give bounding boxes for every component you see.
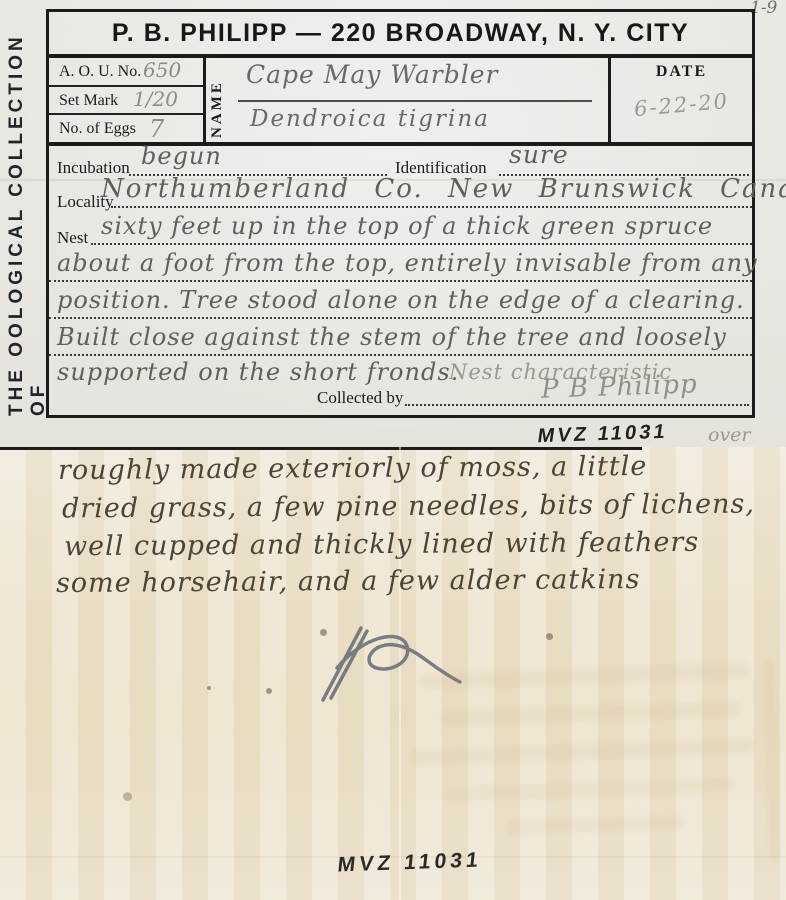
identification-value: sure <box>509 140 569 169</box>
paper-speck <box>266 688 272 694</box>
collection-side-label: THE OOLOGICAL COLLECTION OF <box>6 12 50 416</box>
eggs-count-field: No. of Eggs 7 <box>49 115 203 142</box>
set-mark-value: 1/20 <box>133 87 178 111</box>
nest-ruled-line-2 <box>49 280 752 282</box>
card-body-fields: Incubation begun Identification sure Loc… <box>49 146 752 419</box>
nest-text-line-5: supported on the short fronds. <box>57 358 459 386</box>
card-header-title: P. B. PHILIPP — 220 BROADWAY, N. Y. CITY <box>49 12 752 58</box>
nest-text-line-2: about a foot from the top, entirely invi… <box>57 249 758 277</box>
set-data-column: A. O. U. No. 650 Set Mark 1/20 No. of Eg… <box>49 58 206 142</box>
name-vertical-label: NAME <box>209 62 226 138</box>
incubation-value: begun <box>141 142 222 170</box>
paper-speck <box>546 633 553 640</box>
date-label: DATE <box>611 63 752 81</box>
date-value: 6-22-20 <box>610 87 753 123</box>
nest-ruled-line-3 <box>49 317 752 319</box>
scientific-name-value: Dendroica tigrina <box>250 106 490 132</box>
initials-text: HC <box>295 618 306 627</box>
nest-ruled-line-4 <box>49 354 752 356</box>
scanned-egg-collection-card: 1-9 THE OOLOGICAL COLLECTION OF P. B. PH… <box>0 0 786 900</box>
aou-number-label: A. O. U. No. <box>59 63 141 80</box>
set-mark-label: Set Mark <box>59 92 118 109</box>
eggs-count-label: No. of Eggs <box>59 120 136 137</box>
species-name-box: NAME Cape May Warbler Dendroica tigrina <box>206 58 608 142</box>
nest-text-line-4: Built close against the stem of the tree… <box>57 323 727 351</box>
nest-label: Nest <box>57 228 88 248</box>
nest-text-line-1: sixty feet up in the top of a thick gree… <box>101 212 713 240</box>
card-identity-row: A. O. U. No. 650 Set Mark 1/20 No. of Eg… <box>49 58 752 146</box>
record-card-front: P. B. PHILIPP — 220 BROADWAY, N. Y. CITY… <box>46 9 755 418</box>
paper-speck <box>207 686 211 690</box>
back-catalog-number: MVZ 11031 <box>336 849 483 878</box>
back-card-edge-line <box>0 447 642 450</box>
over-note: over <box>708 424 751 446</box>
paper-speck <box>123 792 132 801</box>
eggs-count-value: 7 <box>149 115 164 143</box>
locality-ruled-line <box>111 206 752 208</box>
back-description-line-3: well cupped and thickly lined with feath… <box>64 527 699 562</box>
back-description-line-4: some horsehair, and a few alder catkins <box>56 564 641 599</box>
collected-by-label: Collected by <box>317 388 403 408</box>
collected-by-ruled-line <box>405 404 749 406</box>
paper-speck <box>320 629 327 636</box>
back-description-line-1: roughly made exteriorly of moss, a littl… <box>58 451 647 486</box>
back-description-line-2: dried grass, a few pine needles, bits of… <box>62 489 755 525</box>
nest-ruled-line-1 <box>91 243 752 245</box>
aou-number-field: A. O. U. No. 650 <box>49 58 203 87</box>
collected-by-signature: P B Philipp <box>541 369 699 404</box>
name-underline-rule <box>238 100 592 102</box>
date-box: DATE 6-22-20 <box>608 58 752 142</box>
locality-value: Northumberland Co. New Brunswick Canada <box>101 174 786 204</box>
set-mark-field: Set Mark 1/20 <box>49 87 203 116</box>
aou-number-value: 650 <box>143 58 181 82</box>
front-catalog-number: MVZ 11031 <box>536 421 669 448</box>
nest-text-line-3: position. Tree stood alone on the edge o… <box>57 286 745 314</box>
common-name-value: Cape May Warbler <box>246 60 498 89</box>
